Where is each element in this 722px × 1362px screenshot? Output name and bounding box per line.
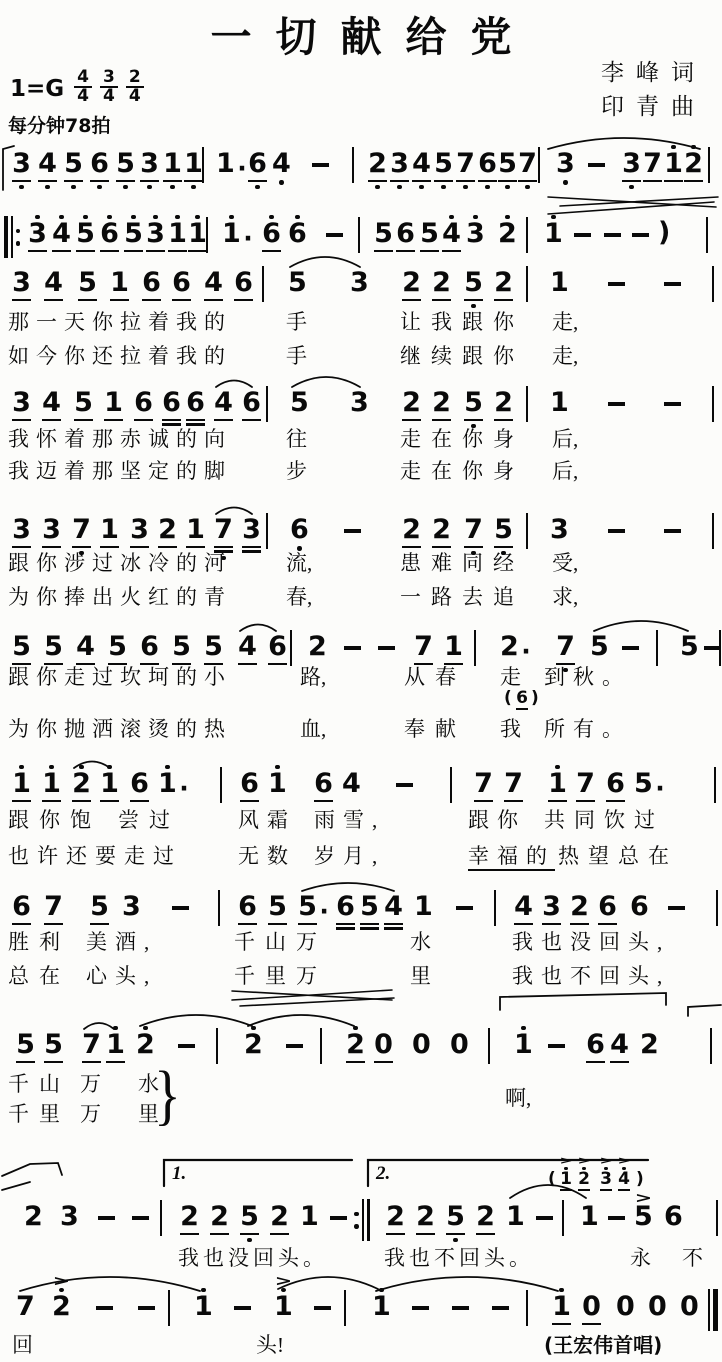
note: 3 xyxy=(550,500,569,543)
slur xyxy=(376,1277,558,1291)
duration-dash xyxy=(96,1306,113,1310)
octave-dot-below xyxy=(147,185,152,190)
note: 2· xyxy=(500,617,519,660)
note: 1 xyxy=(300,1187,319,1230)
note: 6 xyxy=(396,204,415,252)
duration-dash xyxy=(604,233,621,237)
note: 7 xyxy=(456,134,475,189)
note: 3 xyxy=(556,134,575,185)
note: 6 xyxy=(234,253,253,301)
beam-underline xyxy=(16,1061,35,1063)
beam-underline xyxy=(514,923,533,925)
beam-underline xyxy=(180,1233,199,1235)
lyric-segment: 走在你身 xyxy=(400,459,524,483)
octave-dot-below xyxy=(463,185,468,190)
beam-underline xyxy=(110,299,129,301)
note: 6 xyxy=(268,617,287,665)
augmentation-dot: · xyxy=(319,899,329,925)
octave-dot-below xyxy=(525,185,530,190)
note: 1 xyxy=(664,134,683,182)
beam-underline xyxy=(44,299,63,301)
lyric-segment: 后, xyxy=(552,459,578,483)
note: 1 xyxy=(100,754,119,802)
beam-underline xyxy=(162,423,181,425)
key-signature: 1=G 443424 xyxy=(10,74,144,104)
duration-dash xyxy=(668,906,685,910)
barline xyxy=(220,767,222,803)
beam-underline xyxy=(336,927,355,929)
beam-underline xyxy=(456,180,475,182)
note: 6 xyxy=(142,253,161,301)
beam-underline xyxy=(494,546,513,548)
beam-underline xyxy=(360,923,379,925)
octave-dot-below xyxy=(485,185,490,190)
lyric-segment: 心头, xyxy=(86,964,157,988)
note: 7 xyxy=(464,500,483,555)
lyric-segment: 为你捧出火红的青 xyxy=(8,585,232,609)
note: 4 xyxy=(76,617,95,665)
note: 6 xyxy=(100,204,119,252)
barline xyxy=(160,1200,162,1236)
lyric-segment: 为你抛洒滚烫的热 xyxy=(8,717,232,741)
barline xyxy=(202,147,204,183)
beam-underline xyxy=(498,180,517,182)
note: 3 xyxy=(130,500,149,548)
lyric-segment: 热望总在 xyxy=(558,844,678,868)
barline xyxy=(712,266,714,302)
note: 1· xyxy=(158,754,177,797)
note: 3 xyxy=(12,253,31,301)
duration-dash xyxy=(234,1306,251,1310)
beam-underline xyxy=(52,250,71,252)
note: 5 xyxy=(116,134,135,189)
beam-underline xyxy=(374,1061,393,1063)
lyric-segment: 共同饮过 xyxy=(544,808,664,832)
note: 6 xyxy=(586,1015,605,1063)
beam-underline xyxy=(542,923,561,925)
beam-underline xyxy=(586,1061,605,1063)
note: 6 xyxy=(130,754,149,802)
note: 2 xyxy=(368,134,387,189)
note: 7 xyxy=(643,134,662,182)
note: 5 xyxy=(90,877,109,925)
note: 2 xyxy=(402,253,421,301)
note: 5 xyxy=(464,373,483,428)
lyric-segment: 我也没回头。 xyxy=(178,1246,328,1270)
lyric-segment: 从春 xyxy=(404,665,466,689)
octave-dot-below xyxy=(471,304,476,309)
note: 5 xyxy=(494,500,513,555)
lyric-segment: 千里 xyxy=(8,1102,70,1126)
note: 6 xyxy=(248,134,267,189)
duration-dash xyxy=(326,233,343,237)
barline xyxy=(526,217,528,253)
time-signature: 34 xyxy=(100,70,118,104)
octave-dot-below xyxy=(297,546,302,551)
note: 5 xyxy=(240,1187,259,1242)
note: 6 xyxy=(290,500,309,551)
note: 4 xyxy=(52,204,71,252)
lyric-segment: 步 xyxy=(286,459,307,483)
note: 2 xyxy=(244,1015,263,1058)
sheet-music-page: 一切献给党 李峰词 印青曲 1=G 443424 每分钟78拍 34565311… xyxy=(0,0,722,1362)
note: 2 xyxy=(494,373,513,421)
barline xyxy=(719,630,721,666)
barline xyxy=(266,513,268,549)
note: 1 xyxy=(163,134,182,189)
beam-underline xyxy=(186,546,205,548)
note: 3 xyxy=(242,500,261,553)
beam-underline xyxy=(416,1233,435,1235)
beam-underline xyxy=(214,419,233,421)
barline xyxy=(290,630,292,666)
note: 7 xyxy=(518,134,537,189)
lyric-segment: 万 xyxy=(80,1102,101,1126)
lyric-segment: 不 xyxy=(682,1246,703,1270)
beam-underline xyxy=(12,546,31,548)
lyric-segment: 里 xyxy=(410,964,431,988)
note: 1 xyxy=(506,1187,525,1230)
note: 1 xyxy=(194,1277,213,1320)
beam-underline xyxy=(412,180,431,182)
duration-dash xyxy=(344,646,361,650)
lyric-segment: 手 xyxy=(286,344,307,368)
beam-underline xyxy=(396,250,415,252)
phrase-mark xyxy=(500,993,666,1010)
augmentation-dot: · xyxy=(237,156,247,182)
note: 2 xyxy=(180,1187,199,1235)
octave-dot-below xyxy=(170,185,175,190)
beam-underline xyxy=(184,180,203,182)
lyric-segment: 千山 xyxy=(8,1072,70,1096)
note: 5 xyxy=(204,617,223,665)
lyric-segment: 跟你走过坎坷的小 xyxy=(8,665,232,689)
duration-dash xyxy=(312,163,329,167)
duration-dash xyxy=(608,1216,625,1220)
duration-dash xyxy=(622,646,639,650)
accent-mark: > xyxy=(53,1277,70,1287)
octave-dot-below xyxy=(419,185,424,190)
note: 3 xyxy=(42,500,61,548)
barline xyxy=(710,1028,712,1064)
note: 6 xyxy=(12,877,31,925)
beam-underline xyxy=(606,800,625,802)
note: 4 xyxy=(442,204,461,252)
note: 4 xyxy=(610,1015,629,1063)
note: 2 xyxy=(498,204,517,247)
beam-underline xyxy=(163,180,182,182)
lyric-segment: 千山万 xyxy=(234,930,327,954)
beam-underline xyxy=(402,419,421,421)
lyric-segment: 一路去追 xyxy=(400,585,524,609)
note: 1· xyxy=(222,204,241,247)
duration-dash xyxy=(536,1216,553,1220)
beam-underline xyxy=(368,180,387,182)
beam-underline xyxy=(116,180,135,182)
note: 4 xyxy=(214,373,233,421)
note: 5 xyxy=(434,134,453,189)
beam-underline xyxy=(442,250,461,252)
barline xyxy=(706,217,708,253)
beam-underline xyxy=(64,180,83,182)
note: 3 xyxy=(12,134,31,189)
note: 4 xyxy=(412,134,431,189)
note: 5 xyxy=(172,617,191,665)
note: 5 xyxy=(446,1187,465,1242)
note: 6 xyxy=(172,253,191,301)
note: 7 xyxy=(82,1015,101,1063)
beam-underline xyxy=(270,1233,289,1235)
note: 5 xyxy=(360,877,379,930)
duration-dash xyxy=(664,529,681,533)
beam-underline xyxy=(12,180,31,182)
note: 5 xyxy=(74,373,93,421)
repeat-end-barline xyxy=(354,1199,370,1241)
note: 1 xyxy=(12,754,31,802)
lyric-segment: 所有。 xyxy=(544,717,631,741)
parenthesis: ) xyxy=(658,219,670,246)
volta-label: 1. xyxy=(172,1163,186,1185)
barline xyxy=(320,1028,322,1064)
note: 6 xyxy=(606,754,625,802)
barline xyxy=(262,266,264,302)
beam-underline xyxy=(262,250,281,252)
note: 7 xyxy=(504,754,523,802)
barline xyxy=(206,217,208,253)
duration-dash xyxy=(588,163,605,167)
lyric-segment: 岁月, xyxy=(314,844,385,868)
note: 3 xyxy=(350,253,369,296)
barline xyxy=(266,386,268,422)
beam-underline xyxy=(214,546,233,548)
beam-underline xyxy=(610,1061,629,1063)
note: 2 xyxy=(158,500,177,548)
beam-underline xyxy=(42,800,61,802)
lyric-segment: 跟你涉过冰冷的河 xyxy=(8,551,232,575)
beam-underline xyxy=(104,419,123,421)
lyric-segment: 求, xyxy=(552,585,578,609)
slur xyxy=(20,1277,200,1291)
beam-underline xyxy=(446,1233,465,1235)
note: 7 xyxy=(556,617,575,672)
note: 2 xyxy=(210,1187,229,1235)
octave-dot-below xyxy=(247,1238,252,1243)
duration-dash xyxy=(492,1306,509,1310)
beam-underline xyxy=(336,923,355,925)
beam-underline xyxy=(12,419,31,421)
lyricist-credit: 李峰词 xyxy=(601,54,706,87)
duration-dash xyxy=(452,1306,469,1310)
note: 2 xyxy=(72,754,91,802)
lyric-segment: 回 xyxy=(12,1333,33,1357)
note: 7 xyxy=(44,877,63,925)
note: 3 xyxy=(466,204,485,247)
note: 3 xyxy=(122,877,141,920)
lyric-segment: 走 xyxy=(500,665,521,689)
beam-underline xyxy=(74,419,93,421)
duration-dash xyxy=(396,783,413,787)
note: 5 xyxy=(108,617,127,665)
parenthesis: ) xyxy=(636,1171,644,1188)
note: 7 xyxy=(414,617,433,665)
note: 3 xyxy=(390,134,409,189)
accent-mark: > xyxy=(599,1158,612,1166)
duration-dash xyxy=(412,1306,429,1310)
beam-underline xyxy=(44,923,63,925)
lyric-segment: 患难同经 xyxy=(400,551,524,575)
slur xyxy=(140,1015,252,1026)
lyric-segment: 如今你还拉着我的 xyxy=(8,344,232,368)
note: 0 xyxy=(412,1015,431,1058)
note: 4 xyxy=(514,877,533,925)
beam-underline xyxy=(240,1233,259,1235)
beam-underline xyxy=(248,180,267,182)
note: 3 xyxy=(622,134,641,189)
beam-underline xyxy=(504,800,523,802)
volta-label: 2. xyxy=(376,1163,390,1185)
duration-dash xyxy=(664,282,681,286)
beam-underline xyxy=(582,1323,601,1325)
note: 6 xyxy=(186,373,205,426)
beam-underline xyxy=(78,299,97,301)
lyric-segment: 永 xyxy=(630,1246,651,1270)
duration-dash xyxy=(98,1216,115,1220)
note: 1 xyxy=(548,754,567,802)
beam-underline xyxy=(28,250,47,252)
duration-dash xyxy=(574,233,591,237)
lyric-segment: 春, xyxy=(286,585,312,609)
beam-underline xyxy=(106,1061,125,1063)
lyric-segment: 流, xyxy=(286,551,312,575)
note: 6 xyxy=(598,877,617,925)
note: 1 xyxy=(184,134,203,189)
note: 3 xyxy=(140,134,159,189)
lyrics-brace: } xyxy=(154,1062,181,1129)
beam-underline xyxy=(130,546,149,548)
barline xyxy=(526,386,528,422)
beam-underline xyxy=(432,546,451,548)
duration-dash xyxy=(132,1216,149,1220)
lyric-segment: 胜利 xyxy=(8,930,70,954)
barline xyxy=(218,890,220,926)
note: 2 xyxy=(402,500,421,548)
octave-dot-below xyxy=(97,185,102,190)
note: 2 xyxy=(308,617,327,660)
octave-dot-below xyxy=(123,185,128,190)
note: 2 xyxy=(24,1187,43,1230)
duration-dash xyxy=(330,1216,347,1220)
final-barline xyxy=(708,1289,718,1331)
beam-underline xyxy=(643,180,662,182)
beam-underline xyxy=(100,800,119,802)
beam-underline xyxy=(576,800,595,802)
lyric-segment: 头! xyxy=(256,1333,284,1357)
augmentation-dot: · xyxy=(243,226,253,252)
octave-dot-below xyxy=(191,185,196,190)
beam-underline xyxy=(238,663,257,665)
note: 5 xyxy=(590,617,609,660)
note: 1· xyxy=(216,134,235,177)
note: 7 xyxy=(16,1277,35,1320)
note: 0 xyxy=(648,1277,667,1320)
beam-underline xyxy=(72,800,91,802)
octave-dot-below xyxy=(19,185,24,190)
note: 0 xyxy=(582,1277,601,1325)
beam-underline xyxy=(186,419,205,421)
lyric-segment: 让我跟你 xyxy=(400,310,524,334)
octave-dot-below xyxy=(441,185,446,190)
lyric-segment: 无数 xyxy=(238,844,296,868)
lyric-segment: 我也不回头。 xyxy=(384,1246,534,1270)
beam-underline xyxy=(374,250,393,252)
beam-underline xyxy=(432,299,451,301)
barline xyxy=(708,147,710,183)
beam-underline xyxy=(494,419,513,421)
hairpin-line xyxy=(232,991,392,1000)
note: 1 xyxy=(514,1015,533,1058)
hairpin-line xyxy=(560,197,718,206)
note: 5 xyxy=(76,204,95,252)
beam-underline xyxy=(402,546,421,548)
phrase-mark xyxy=(688,1005,721,1016)
lyric-segment: 万 xyxy=(80,1072,101,1096)
note: 1 xyxy=(188,204,207,252)
hairpin-line xyxy=(232,990,392,1000)
note: 2 xyxy=(432,500,451,548)
lyric-segment: 到秋。 xyxy=(544,665,631,689)
note: 5· xyxy=(298,877,317,925)
note: 1 xyxy=(414,877,433,920)
note: 6 xyxy=(314,754,333,802)
lyric-segment: 走, xyxy=(552,344,578,368)
barline xyxy=(168,1290,170,1326)
note: 2 xyxy=(432,373,451,421)
beam-underline xyxy=(124,250,143,252)
note: 4 xyxy=(272,134,291,185)
time-signature: 24 xyxy=(126,70,144,104)
lyric-segment: 我也不回头, xyxy=(512,964,670,988)
note: 7 xyxy=(474,754,493,802)
lyric-segment: 尝过 xyxy=(118,808,180,832)
barline xyxy=(494,890,496,926)
beam-underline xyxy=(464,546,483,548)
beam-underline xyxy=(434,180,453,182)
lyric-segment: 后, xyxy=(552,427,578,451)
duration-dash xyxy=(286,1044,303,1048)
beam-underline xyxy=(664,180,683,182)
beam-underline xyxy=(464,419,483,421)
note: 3 xyxy=(60,1187,79,1230)
note: 1 xyxy=(106,1015,125,1063)
note: 5 xyxy=(464,253,483,308)
barline xyxy=(714,767,716,803)
barline xyxy=(474,630,476,666)
note: 3 xyxy=(146,204,165,252)
note: 2 xyxy=(346,1015,365,1063)
lyric-segment: 血, xyxy=(300,717,326,741)
octave-dot-below xyxy=(453,1238,458,1243)
note: 1 xyxy=(550,253,569,296)
beam-underline xyxy=(90,180,109,182)
note: 4 xyxy=(204,253,223,301)
beam-underline xyxy=(240,800,259,802)
barline xyxy=(488,1028,490,1064)
lyric-segment: 风霜 xyxy=(238,808,296,832)
parenthesis: ( xyxy=(548,1171,556,1188)
parenthesis: ( xyxy=(504,690,512,707)
duration-dash xyxy=(608,402,625,406)
note: 2 xyxy=(136,1015,155,1058)
